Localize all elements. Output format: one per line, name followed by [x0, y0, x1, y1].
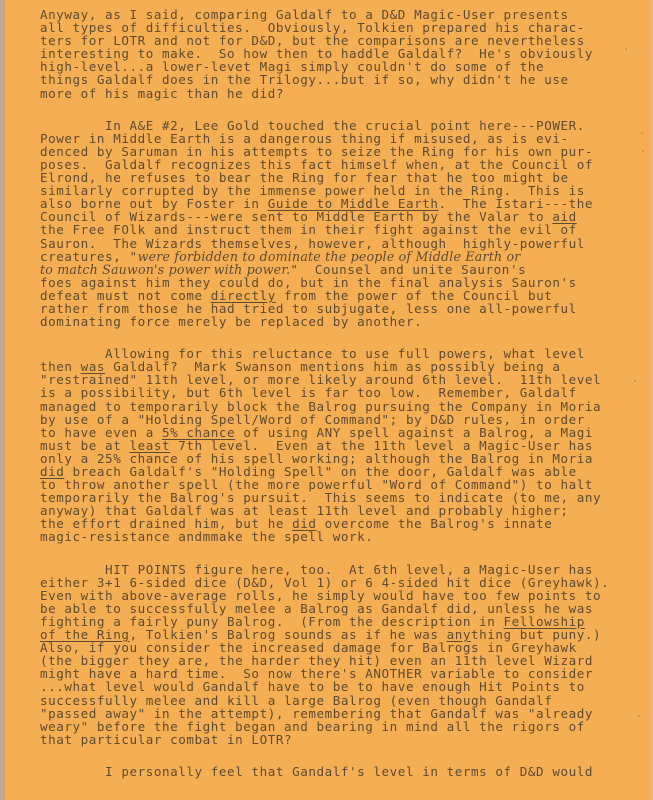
text-line: that particular combat in LOTR? [40, 733, 640, 746]
paper-speck [642, 150, 644, 152]
text-run: dominating force merely be replaced by a… [40, 314, 422, 329]
text-line: magic-resistance andmmake the spell work… [40, 530, 640, 543]
scan-right-edge [647, 0, 653, 800]
text-run: magic-resistance andmmake the spell work… [40, 529, 373, 544]
text-line: dominating force merely be replaced by a… [40, 315, 640, 328]
text-line: more of his magic than he did? [40, 87, 640, 100]
paragraph: Allowing for this reluctance to use full… [40, 347, 640, 543]
text-line: I personally feel that Gandalf's level i… [40, 765, 640, 778]
scan-left-edge [0, 0, 5, 800]
text-run: I personally feel that Gandalf's level i… [40, 764, 593, 779]
typewritten-page: Anyway, as I said, comparing Galdalf to … [40, 8, 640, 797]
text-run: that particular combat in LOTR? [40, 732, 292, 747]
paragraph: HIT POINTS figure here, too. At 6th leve… [40, 563, 640, 746]
paragraph: In A&E #2, Lee Gold touched the crucial … [40, 119, 640, 329]
paragraph: I personally feel that Gandalf's level i… [40, 765, 640, 778]
paper-speck [641, 132, 643, 134]
text-run: more of his magic than he did? [40, 86, 284, 101]
paragraph: Anyway, as I said, comparing Galdalf to … [40, 8, 640, 100]
